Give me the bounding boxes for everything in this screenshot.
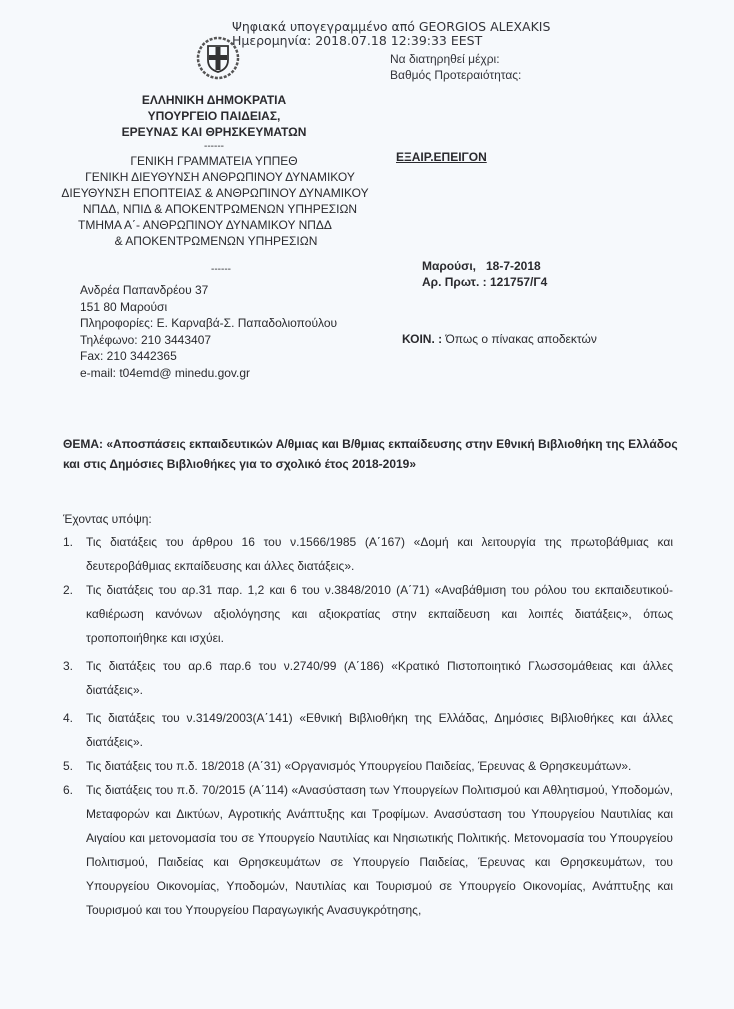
list-item: 6.Τις διατάξεις του π.δ. 70/2015 (Α΄114)… <box>63 778 673 922</box>
header-unit: ΓΕΝΙΚΗ ΓΡΑΜΜΑΤΕΙΑ ΥΠΠΕΘ <box>54 153 374 169</box>
address-street: Ανδρέα Παπανδρέου 37 <box>80 282 337 299</box>
list-item: 3.Τις διατάξεις του αρ.6 παρ.6 του ν.274… <box>63 654 673 702</box>
header-unit: ΓΕΝΙΚΗ ΔΙΕΥΘΥΝΣΗ ΑΝΘΡΩΠΙΝΟΥ ΔΥΝΑΜΙΚΟΥ <box>60 169 380 185</box>
header-ministry-line2: ΕΡΕΥΝΑΣ ΚΑΙ ΘΡΗΣΚΕΥΜΑΤΩΝ <box>54 124 374 140</box>
digital-signature-line2: Ημερομηνία: 2018.07.18 12:39:33 EEST <box>232 34 482 48</box>
list-item: 2.Τις διατάξεις του αρ.31 παρ. 1,2 και 6… <box>63 578 673 650</box>
address-info: Πληροφορίες: Ε. Καρναβά-Σ. Παπαδολιοπούλ… <box>80 315 337 332</box>
cc-value: Όπως ο πίνακας αποδεκτών <box>445 332 596 346</box>
considering-heading: Έχοντας υπόψη: <box>63 512 152 526</box>
digital-signature-line1: Ψηφιακά υπογεγραμμένο από GEORGIOS ALEXA… <box>232 20 550 34</box>
address-phone: Τηλέφωνο: 210 3443407 <box>80 332 337 349</box>
address-fax: Fax: 210 3442365 <box>80 348 337 365</box>
priority-label: Βαθμός Προτεραιότητας: <box>390 67 521 84</box>
header-unit: ΔΙΕΥΘΥΝΣΗ ΕΠΟΠΤΕΙΑΣ & ΑΝΘΡΩΠΙΝΟΥ ΔΥΝΑΜΙΚ… <box>55 185 375 201</box>
address-email: e-mail: t04emd@ minedu.gov.gr <box>80 365 337 382</box>
place-date: Μαρούσι, 18-7-2018 <box>422 258 547 274</box>
header-unit: ΤΜΗΜΑ Α΄- ΑΝΘΡΩΠΙΝΟΥ ΔΥΝΑΜΙΚΟΥ ΝΠΔΔ <box>45 217 365 233</box>
list-item: 4.Τις διατάξεις του ν.3149/2003(Α΄141) «… <box>63 706 673 754</box>
header-ministry-line1: ΥΠΟΥΡΓΕΙΟ ΠΑΙΔΕΙΑΣ, <box>54 108 374 124</box>
header-republic: ΕΛΛΗΝΙΚΗ ΔΗΜΟΚΡΑΤΙΑ <box>54 92 374 108</box>
cc-label: ΚΟΙΝ. : <box>402 332 442 346</box>
header-separator: ------ <box>61 262 381 278</box>
date-block: Μαρούσι, 18-7-2018 Αρ. Πρωτ. : 121757/Γ4 <box>422 258 547 290</box>
retention-label: Να διατηρηθεί μέχρι: <box>390 51 521 68</box>
address-city: 151 80 Μαρούσι <box>80 299 337 316</box>
list-item: 1.Τις διατάξεις του άρθρου 16 του ν.1566… <box>63 530 673 578</box>
address-block: Ανδρέα Παπανδρέου 37 151 80 Μαρούσι Πληρ… <box>80 282 337 381</box>
header-unit: ΝΠΔΔ, ΝΠΙΔ & ΑΠΟΚΕΝΤΡΩΜΕΝΩΝ ΥΠΗΡΕΣΙΩΝ <box>60 201 380 217</box>
protocol-number: Αρ. Πρωτ. : 121757/Γ4 <box>422 274 547 290</box>
considerations-list: 1.Τις διατάξεις του άρθρου 16 του ν.1566… <box>63 530 673 922</box>
subject: ΘΕΜΑ: «Αποσπάσεις εκπαιδευτικών Α/θμιας … <box>63 434 683 474</box>
cc-line: ΚΟΙΝ. : Όπως ο πίνακας αποδεκτών <box>402 332 597 346</box>
header-unit: & ΑΠΟΚΕΝΤΡΩΜΕΝΩΝ ΥΠΗΡΕΣΙΩΝ <box>56 233 376 249</box>
list-item: 5.Τις διατάξεις του π.δ. 18/2018 (Α΄31) … <box>63 754 673 778</box>
urgency-label: ΕΞΑΙΡ.ΕΠΕΙΓΟΝ <box>396 150 487 164</box>
